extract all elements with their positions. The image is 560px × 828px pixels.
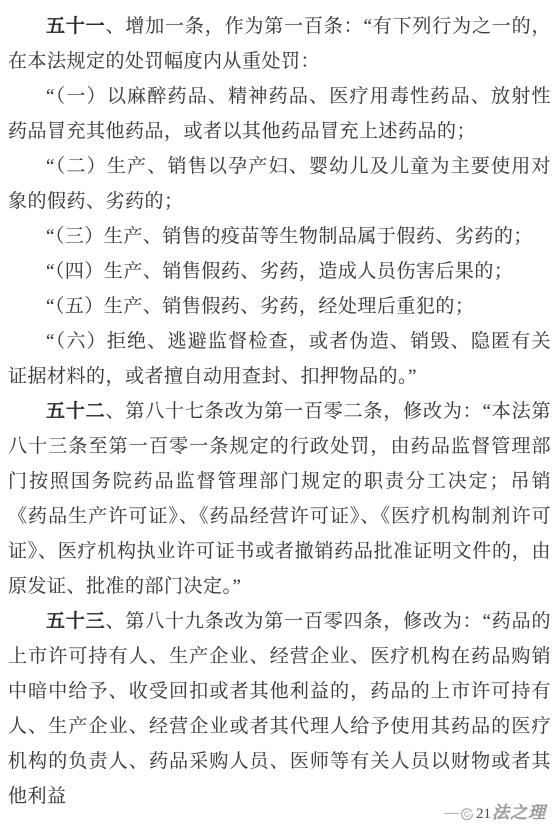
clause-number: 五十三: [46, 611, 106, 632]
clause-item-1: “（一）以麻醉药品、精神药品、医疗用毒性药品、放射性药品冒充其他药品，或者以其他…: [8, 79, 551, 149]
clause-number: 五十一: [46, 16, 106, 37]
clause-text: “（五）生产、销售假药、劣药，经处理后重犯的；: [46, 296, 474, 317]
clause-number: 五十二: [46, 401, 106, 422]
watermark-logo-icon: [459, 806, 475, 822]
clause-item-2: “（二）生产、销售以孕产妇、婴幼儿及儿童为主要使用对象的假药、劣药的；: [8, 149, 551, 219]
watermark-text: 法之理: [492, 802, 546, 824]
clause-paragraph-52: 五十二、第八十七条改为第一百零二条，修改为：“本法第八十三条至第一百零一条规定的…: [8, 394, 551, 604]
page-footer: — 21 法之理: [444, 802, 546, 824]
clause-item-5: “（五）生产、销售假药、劣药，经处理后重犯的；: [8, 289, 551, 324]
clause-item-6: “（六）拒绝、逃避监督检查，或者伪造、销毁、隐匿有关证据材料的，或者擅自动用查封…: [8, 324, 551, 394]
clause-text: 、第八十七条改为第一百零二条，修改为：“本法第八十三条至第一百零一条规定的行政处…: [8, 401, 551, 597]
clause-paragraph-53: 五十三、第八十九条改为第一百零四条，修改为：“药品的上市许可持有人、生产企业、经…: [8, 604, 551, 814]
clause-text: “（三）生产、销售的疫苗等生物制品属于假药、劣药的；: [46, 226, 533, 247]
clause-text: “（二）生产、销售以孕产妇、婴幼儿及儿童为主要使用对象的假药、劣药的；: [8, 156, 551, 212]
clause-text: “（六）拒绝、逃避监督检查，或者伪造、销毁、隐匿有关证据材料的，或者擅自动用查封…: [8, 331, 551, 387]
document-page: 五十一、增加一条，作为第一百条：“有下列行为之一的，在本法规定的处罚幅度内从重处…: [0, 0, 560, 814]
page-number: 21: [476, 804, 491, 824]
clause-text: 、第八十九条改为第一百零四条，修改为：“药品的上市许可持有人、生产企业、经营企业…: [8, 611, 551, 807]
clause-text: “（四）生产、销售假药、劣药，造成人员伤害后果的；: [46, 261, 513, 282]
clause-text: “（一）以麻醉药品、精神药品、医疗用毒性药品、放射性药品冒充其他药品，或者以其他…: [8, 86, 551, 142]
footer-dash: —: [444, 802, 457, 824]
clause-paragraph-51: 五十一、增加一条，作为第一百条：“有下列行为之一的，在本法规定的处罚幅度内从重处…: [8, 9, 551, 79]
clause-item-3: “（三）生产、销售的疫苗等生物制品属于假药、劣药的；: [8, 219, 551, 254]
clause-item-4: “（四）生产、销售假药、劣药，造成人员伤害后果的；: [8, 254, 551, 289]
